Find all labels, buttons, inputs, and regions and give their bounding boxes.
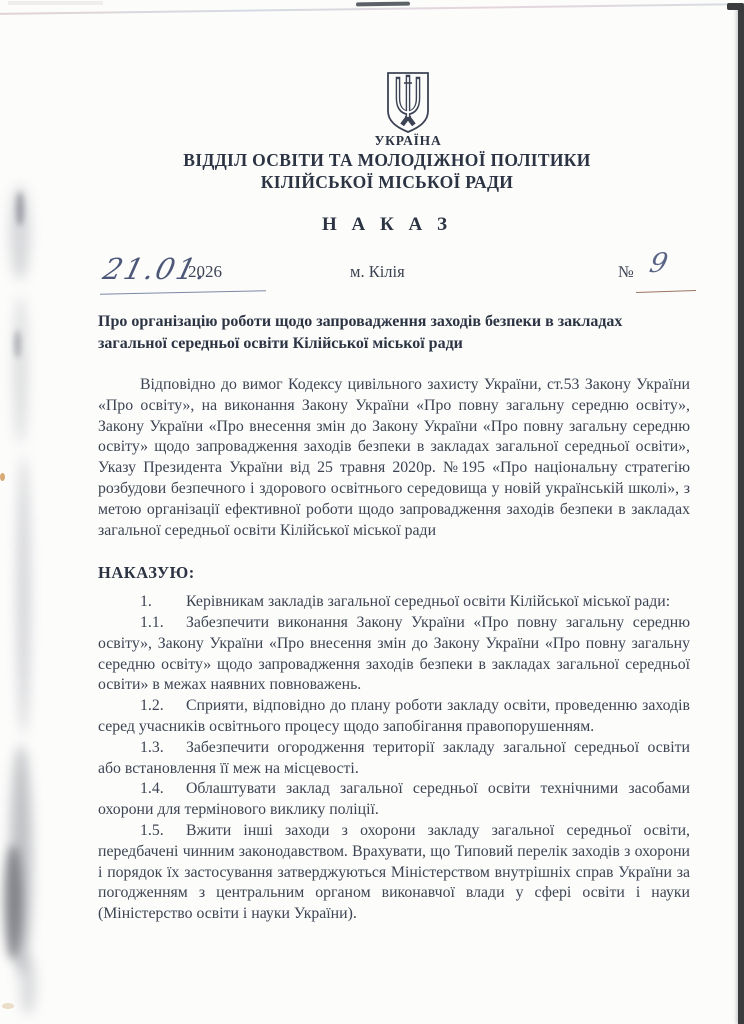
order-item: 1.4.Облаштувати заклад загальної середнь…	[98, 779, 690, 821]
item-number: 1.1.	[140, 613, 186, 634]
subject-paragraph: Про організацію роботи щодо запровадженн…	[98, 311, 673, 355]
tryzub-emblem-icon	[384, 71, 432, 139]
item-number: 1.3.	[140, 738, 186, 759]
preamble-paragraph: Відповідно до вимог Кодексу цивільного з…	[98, 375, 690, 541]
scan-left-smudge	[17, 455, 30, 735]
item-number: 1.	[140, 592, 186, 613]
item-text: Сприяти, відповідно до плану роботи закл…	[98, 697, 690, 735]
order-item: 1.2.Сприяти, відповідно до плану роботи …	[98, 696, 690, 738]
order-word: НАКАЗУЮ:	[98, 563, 690, 584]
scan-left-smudge	[14, 330, 21, 358]
item-text: Керівникам закладів загальної середньої …	[186, 593, 670, 610]
item-number: 1.5.	[140, 821, 186, 842]
scan-top-left-haze	[8, 1, 103, 5]
item-text: Облаштувати заклад загальної середньої о…	[98, 780, 690, 818]
scan-left-smudge	[16, 192, 24, 226]
item-text: Вжити інші заходи з охорони закладу зага…	[98, 822, 690, 922]
scan-left-smudge	[4, 845, 22, 960]
scan-right-edge-bar	[738, 6, 744, 1024]
place-name: м. Кілія	[350, 262, 405, 282]
country-name: УКРАЇНА	[308, 133, 508, 149]
scan-left-smudge	[13, 295, 28, 445]
date-year: 2026	[188, 262, 222, 282]
scan-speck	[0, 473, 5, 481]
scan-top-dash-mark	[356, 2, 410, 7]
order-items-list: 1.Керівникам закладів загальної середньо…	[98, 592, 690, 925]
order-item: 1.3.Забезпечити огородження території за…	[98, 738, 690, 780]
document-type-title: Н А К А З	[77, 214, 697, 236]
number-underline	[636, 290, 696, 293]
document-number-sign: №	[618, 262, 634, 282]
scan-left-smudge	[20, 955, 36, 1015]
org-name-line1: ВІДДІЛ ОСВІТИ ТА МОЛОДІЖНОЇ ПОЛІТИКИ	[77, 149, 697, 171]
order-item: 1.1.Забезпечити виконання Закону України…	[98, 613, 690, 696]
document-body: Про організацію роботи щодо запровадженн…	[98, 311, 690, 925]
order-item: 1.Керівникам закладів загальної середньо…	[98, 592, 690, 613]
scan-right-edge-bar-cap	[727, 3, 744, 10]
date-place-number-row: 21.01. 2026 м. Кілія № 9	[98, 254, 694, 300]
scan-speck	[2, 1003, 14, 1009]
item-number: 1.2.	[140, 696, 186, 717]
date-underline	[100, 290, 266, 294]
item-text: Забезпечити огородження території заклад…	[98, 739, 690, 777]
org-name-line2: КІЛІЙСЬКОЇ МІСЬКОЇ РАДИ	[77, 171, 697, 193]
organization-name: ВІДДІЛ ОСВІТИ ТА МОЛОДІЖНОЇ ПОЛІТИКИ КІЛ…	[77, 149, 697, 193]
item-number: 1.4.	[140, 779, 186, 800]
scanned-document-page: УКРАЇНА ВІДДІЛ ОСВІТИ ТА МОЛОДІЖНОЇ ПОЛІ…	[0, 0, 744, 1024]
handwritten-document-number: 9	[647, 248, 671, 279]
item-text: Забезпечити виконання Закону України «Пр…	[98, 614, 690, 693]
order-item: 1.5.Вжити інші заходи з охорони закладу …	[98, 821, 690, 925]
